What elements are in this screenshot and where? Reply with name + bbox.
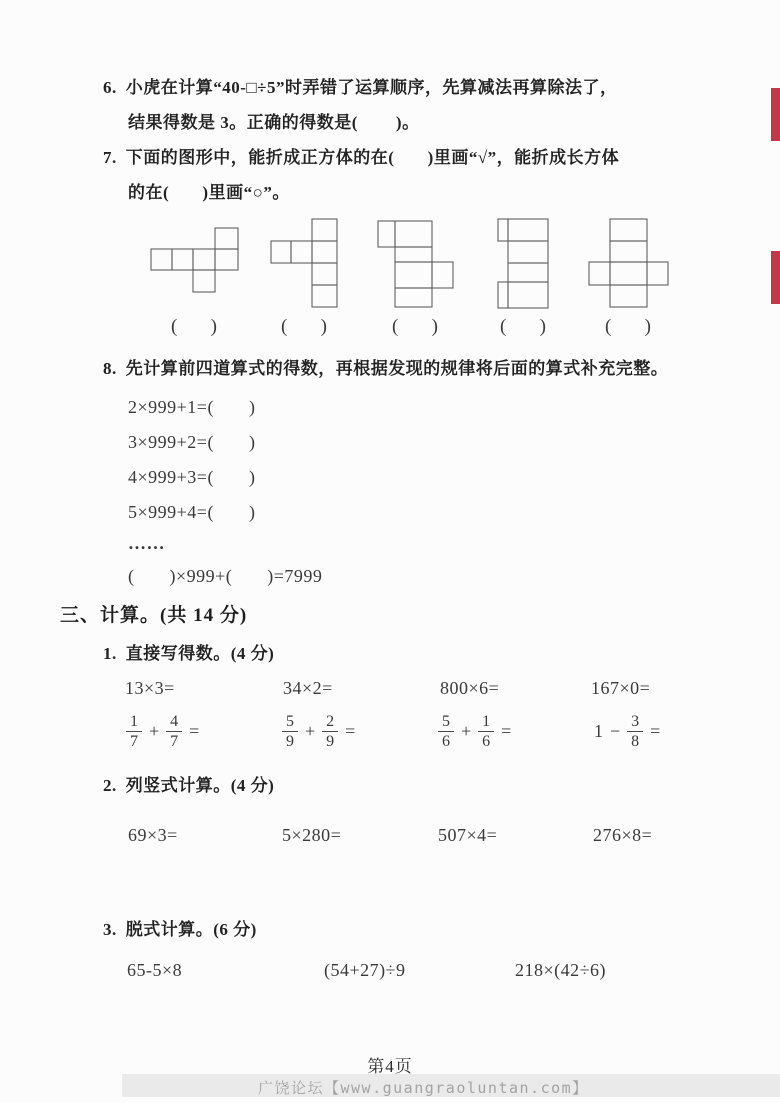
footer-watermark-band: 广饶论坛【www.guangraoluntan.com】 [122,1074,780,1097]
question-6-line1: 6.小虎在计算“40-□÷5”时弄错了运算顺序，先算减法再算除法了， [103,78,618,98]
fraction: 29 [322,712,338,751]
q1-expression-1: 13×3= [125,678,175,699]
question-6-number: 6. [103,78,117,97]
worksheet-page: 6.小虎在计算“40-□÷5”时弄错了运算顺序，先算减法再算除法了， 结果得数是… [0,0,780,1103]
fraction-numerator: 1 [478,712,494,732]
operator: + [305,721,315,742]
footer-watermark-text: 广饶论坛【www.guangraoluntan.com】 [258,1077,589,1098]
fraction-numerator: 2 [322,712,338,732]
section3-q3-label-line: 3.脱式计算。(6 分) [103,920,257,940]
operator: + [149,721,159,742]
red-edge-mark-2 [771,251,780,304]
question-8-number: 8. [103,359,117,378]
question-7-text: 下面的图形中，能折成正方体的在( )里画“√”，能折成长方体 [126,148,619,167]
equals-sign: = [345,721,355,742]
net-answer-blank-3: ( ) [380,316,450,338]
operator: − [610,721,620,742]
q8-equation-final: ( )×999+( )=7999 [128,566,322,587]
question-7-line2: 的在( )里画“○”。 [128,183,290,203]
net-answer-blank-1: ( ) [159,316,229,338]
section3-q2-label-line: 2.列竖式计算。(4 分) [103,776,274,796]
question-8-text: 先计算前四道算式的得数，再根据发现的规律将后面的算式补充完整。 [126,359,669,378]
equals-sign: = [189,721,199,742]
question-8-line1: 8.先计算前四道算式的得数，再根据发现的规律将后面的算式补充完整。 [103,359,668,379]
fraction-denominator: 8 [627,732,643,751]
q1-expression-2: 34×2= [283,678,333,699]
equals-sign: = [501,721,511,742]
fraction-expression-2: 59 + 29 = [282,712,355,751]
question-6-line2: 结果得数是 3。正确的得数是( )。 [128,113,420,133]
question-6-text: 小虎在计算“40-□÷5”时弄错了运算顺序，先算减法再算除法了， [126,78,618,97]
cuboid-net-diagram-4 [497,218,549,309]
fraction-expression-4: 1 − 38 = [594,712,660,751]
net-answer-blank-5: ( ) [593,316,663,338]
q8-equation-3: 4×999+3=( ) [128,467,255,488]
q3-expression-3: 218×(42÷6) [515,960,606,981]
section3-q1-number: 1. [103,644,117,663]
cube-net-diagram-1 [150,227,239,293]
q8-equation-2: 3×999+2=( ) [128,432,255,453]
section3-q2-label: 列竖式计算。(4 分) [126,776,275,795]
fraction-numerator: 1 [126,712,142,732]
fraction-denominator: 6 [478,732,494,751]
net-answer-blank-4: ( ) [488,316,558,338]
q8-equation-4: 5×999+4=( ) [128,502,255,523]
q2-expression-1: 69×3= [128,825,178,846]
equals-sign: = [650,721,660,742]
cuboid-net-diagram-3 [377,220,454,308]
fraction: 16 [478,712,494,751]
fraction-expression-1: 17 + 47 = [126,712,199,751]
fraction: 17 [126,712,142,751]
q2-expression-3: 507×4= [438,825,497,846]
operator: + [461,721,471,742]
q1-expression-3: 800×6= [440,678,499,699]
fraction-numerator: 5 [438,712,454,732]
whole-number: 1 [594,721,603,742]
q3-expression-1: 65-5×8 [127,960,182,981]
fraction-denominator: 6 [438,732,454,751]
section-3-title: 三、计算。(共 14 分) [60,600,247,627]
q8-equation-1: 2×999+1=( ) [128,397,255,418]
fraction: 38 [627,712,643,751]
fraction-numerator: 5 [282,712,298,732]
fraction: 59 [282,712,298,751]
q1-expression-4: 167×0= [591,678,650,699]
fraction-numerator: 3 [627,712,643,732]
fraction-denominator: 7 [126,732,142,751]
fraction-denominator: 9 [322,732,338,751]
net-answer-blank-2: ( ) [269,316,339,338]
q3-expression-2: (54+27)÷9 [324,960,406,981]
section3-q1-label: 直接写得数。(4 分) [126,644,275,663]
question-7-number: 7. [103,148,117,167]
cube-net-diagram-2 [270,218,338,308]
fraction-numerator: 4 [166,712,182,732]
fraction: 47 [166,712,182,751]
fraction-denominator: 7 [166,732,182,751]
red-edge-mark-1 [771,88,780,141]
section3-q2-number: 2. [103,776,117,795]
question-7-line1: 7.下面的图形中，能折成正方体的在( )里画“√”，能折成长方体 [103,148,619,168]
fraction-denominator: 9 [282,732,298,751]
section3-q3-number: 3. [103,920,117,939]
section3-q3-label: 脱式计算。(6 分) [126,920,257,939]
fraction: 56 [438,712,454,751]
section3-q1-label-line: 1.直接写得数。(4 分) [103,644,274,664]
q8-ellipsis: …… [128,533,165,554]
cuboid-net-diagram-5 [588,218,669,308]
q2-expression-4: 276×8= [593,825,652,846]
q2-expression-2: 5×280= [282,825,341,846]
fraction-expression-3: 56 + 16 = [438,712,511,751]
